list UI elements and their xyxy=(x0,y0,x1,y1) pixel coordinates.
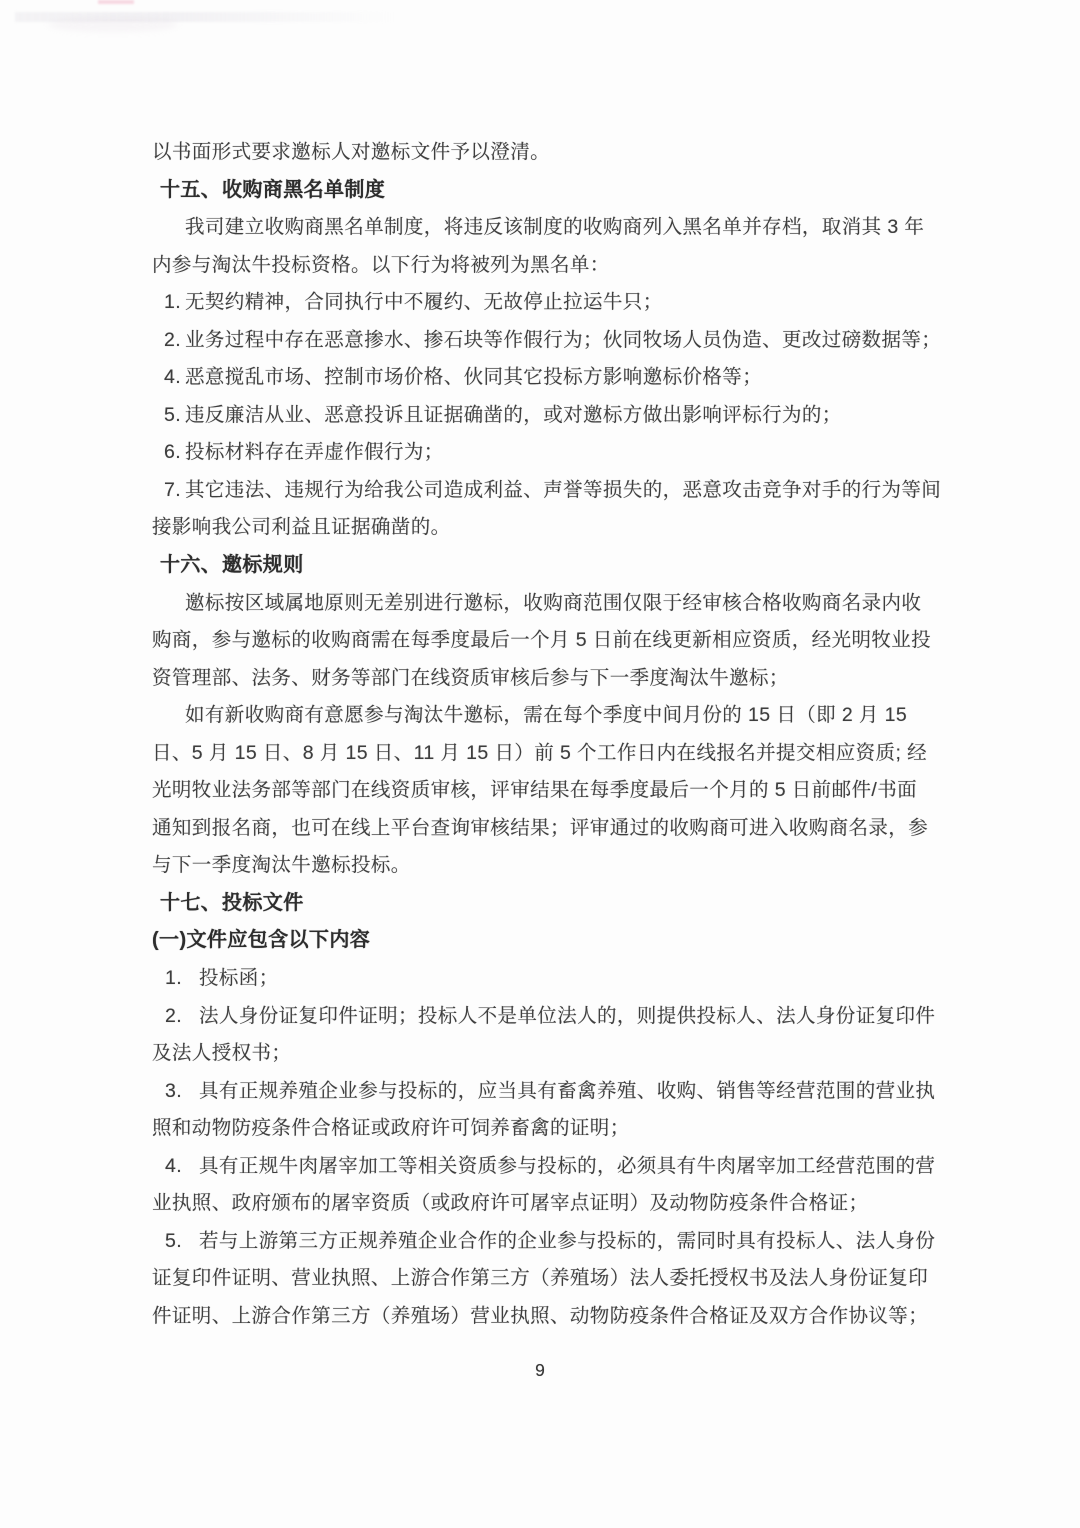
paragraph-first-line: 我司建立收购商黑名单制度，将违反该制度的收购商列入黑名单并存档，取消其 3 年 xyxy=(152,209,952,247)
text-line: 照和动物防疫条件合格证或政府许可饲养畜禽的证明； xyxy=(152,1110,952,1148)
line-text: 恶意搅乱市场、控制市场价格、伙同其它投标方影响邀标价格等； xyxy=(185,366,762,388)
item-number: 4. xyxy=(164,359,185,397)
line-text: 具有正规养殖企业参与投标的，应当具有畜禽养殖、收购、销售等经营范围的营业执 xyxy=(199,1080,935,1102)
text-line: 件证明、上游合作第三方（养殖场）营业执照、动物防疫条件合格证及双方合作协议等； xyxy=(152,1298,952,1336)
text-line: 业执照、政府颁布的屠宰资质（或政府许可屠宰点证明）及动物防疫条件合格证； xyxy=(152,1185,952,1223)
text-line: 光明牧业法务部等部门在线资质审核，评审结果在每季度最后一个月的 5 日前邮件/书… xyxy=(152,772,952,810)
item-number: 3. xyxy=(165,1073,199,1111)
text-line: 资管理部、法务、财务等部门在线资质审核后参与下一季度淘汰牛邀标； xyxy=(152,660,952,698)
item-number: 5. xyxy=(165,1223,199,1261)
line-text: 违反廉洁从业、恶意投诉且证据确凿的，或对邀标方做出影响评标行为的； xyxy=(185,404,842,426)
text-line: 与下一季度淘汰牛邀标投标。 xyxy=(152,847,952,885)
line-text: 投标材料存在弄虚作假行为； xyxy=(185,441,444,463)
line-text: 若与上游第三方正规养殖企业合作的企业参与投标的，需同时具有投标人、法人身份 xyxy=(199,1230,935,1252)
line-text: 无契约精神，合同执行中不履约、无故停止拉运牛只； xyxy=(185,291,663,313)
page-number: 9 xyxy=(0,1356,1080,1384)
line-text: 业务过程中存在恶意掺水、掺石块等作假行为；伙同牧场人员伪造、更改过磅数据等； xyxy=(185,329,941,351)
line-text: 邀标规则 xyxy=(222,554,304,576)
item-number: 1. xyxy=(164,284,185,322)
item-number: 4. xyxy=(165,1148,199,1186)
list-item: 1.无契约精神，合同执行中不履约、无故停止拉运牛只； xyxy=(152,284,952,322)
list-item: 5.违反廉洁从业、恶意投诉且证据确凿的，或对邀标方做出影响评标行为的； xyxy=(152,397,952,435)
item-number: 6. xyxy=(164,434,185,472)
text-line: 通知到报名商，也可在线上平台查询审核结果；评审通过的收购商可进入收购商名录，参 xyxy=(152,810,952,848)
paragraph-first-line: 邀标按区域属地原则无差别进行邀标，收购商范围仅限于经审核合格收购商名录内收 xyxy=(152,585,952,623)
section-heading: 十五、收购商黑名单制度 xyxy=(152,172,952,210)
list-item: 1.投标函； xyxy=(152,960,952,998)
item-number: 2. xyxy=(165,998,199,1036)
item-number: 2. xyxy=(164,322,185,360)
item-number: 1. xyxy=(165,960,199,998)
item-number: 7. xyxy=(164,472,185,510)
text-line: 内参与淘汰牛投标资格。以下行为将被列为黑名单： xyxy=(152,247,952,285)
text-line: 接影响我公司利益且证据确凿的。 xyxy=(152,509,952,547)
line-text: 收购商黑名单制度 xyxy=(222,179,385,201)
paragraph-first-line: 如有新收购商有意愿参与淘汰牛邀标，需在每个季度中间月份的 15 日（即 2 月 … xyxy=(152,697,952,735)
text-line: 及法人授权书； xyxy=(152,1035,952,1073)
line-text: 投标文件 xyxy=(222,892,304,914)
text-line: 以书面形式要求邀标人对邀标文件予以澄清。 xyxy=(152,134,952,172)
section-number: 十六、 xyxy=(160,547,222,585)
list-item: 2.法人身份证复印件证明；投标人不是单位法人的，则提供投标人、法人身份证复印件 xyxy=(152,998,952,1036)
line-text: 其它违法、违规行为给我公司造成利益、声誉等损失的，恶意攻击竞争对手的行为等间 xyxy=(185,479,941,501)
subsection-heading: (一)文件应包含以下内容 xyxy=(152,922,952,960)
text-line: 购商，参与邀标的收购商需在每季度最后一个月 5 日前在线更新相应资质，经光明牧业… xyxy=(152,622,952,660)
list-item: 5.若与上游第三方正规养殖企业合作的企业参与投标的，需同时具有投标人、法人身份 xyxy=(152,1223,952,1261)
document-body: 以书面形式要求邀标人对邀标文件予以澄清。十五、收购商黑名单制度我司建立收购商黑名… xyxy=(152,134,952,1336)
section-number: 十五、 xyxy=(160,172,222,210)
list-item: 3.具有正规养殖企业参与投标的，应当具有畜禽养殖、收购、销售等经营范围的营业执 xyxy=(152,1073,952,1111)
line-text: 法人身份证复印件证明；投标人不是单位法人的，则提供投标人、法人身份证复印件 xyxy=(199,1005,935,1027)
list-item: 6.投标材料存在弄虚作假行为； xyxy=(152,434,952,472)
section-heading: 十六、邀标规则 xyxy=(152,547,952,585)
scan-artifact-smudge xyxy=(48,18,178,32)
text-line: 日、5 月 15 日、8 月 15 日、11 月 15 日）前 5 个工作日内在… xyxy=(152,735,952,773)
section-number: 十七、 xyxy=(160,885,222,923)
text-line: 证复印件证明、营业执照、上游合作第三方（养殖场）法人委托授权书及法人身份证复印 xyxy=(152,1260,952,1298)
list-item: 4.恶意搅乱市场、控制市场价格、伙同其它投标方影响邀标价格等； xyxy=(152,359,952,397)
section-heading: 十七、投标文件 xyxy=(152,885,952,923)
scan-artifact-pink-mark xyxy=(98,0,134,4)
list-item: 2.业务过程中存在恶意掺水、掺石块等作假行为；伙同牧场人员伪造、更改过磅数据等； xyxy=(152,322,952,360)
line-text: 具有正规牛肉屠宰加工等相关资质参与投标的，必须具有牛肉屠宰加工经营范围的营 xyxy=(199,1155,935,1177)
list-item: 7.其它违法、违规行为给我公司造成利益、声誉等损失的，恶意攻击竞争对手的行为等间 xyxy=(152,472,952,510)
line-text: 投标函； xyxy=(199,967,279,989)
item-number: 5. xyxy=(164,397,185,435)
document-page: 以书面形式要求邀标人对邀标文件予以澄清。十五、收购商黑名单制度我司建立收购商黑名… xyxy=(0,0,1080,1528)
list-item: 4.具有正规牛肉屠宰加工等相关资质参与投标的，必须具有牛肉屠宰加工经营范围的营 xyxy=(152,1148,952,1186)
